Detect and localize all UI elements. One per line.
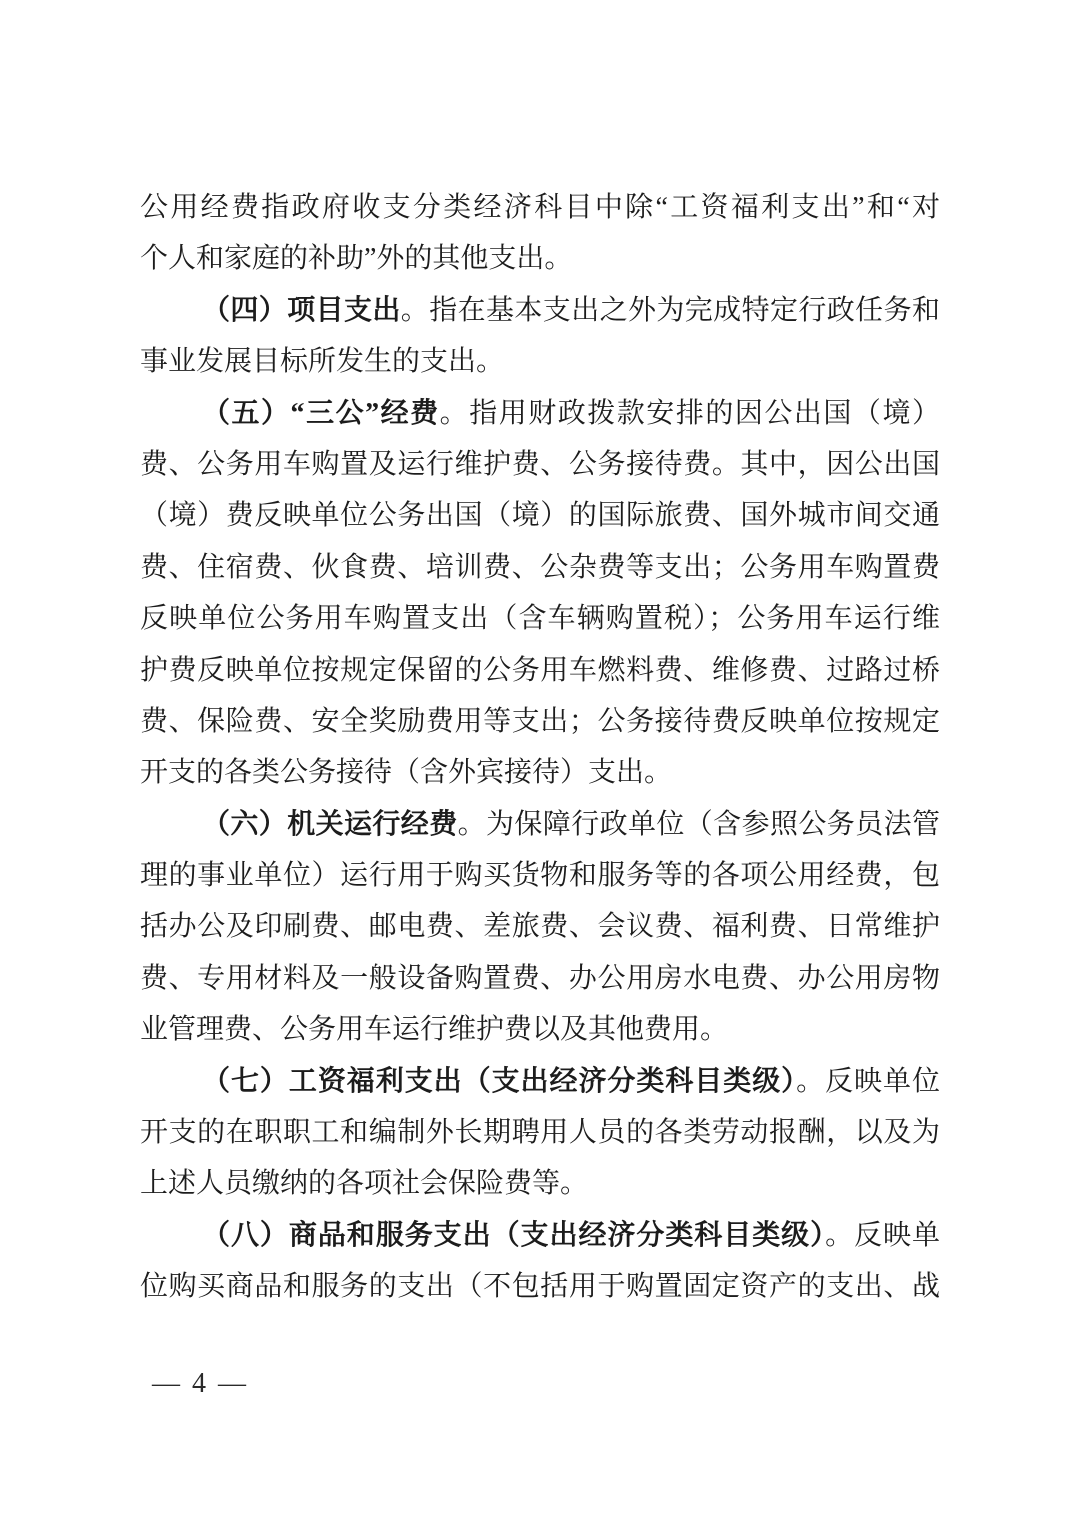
page-number: 4 xyxy=(192,1368,206,1400)
body-run: 事业发展目标所发生的支出。 xyxy=(140,346,504,377)
text-line: 位购买商品和服务的支出（不包括用于购置固定资产的支出、战 xyxy=(140,1261,940,1312)
footer-right-dash: — xyxy=(218,1368,246,1400)
text-line: 上述人员缴纳的各项社会保险费等。 xyxy=(140,1158,940,1209)
body-run: 理的事业单位）运行用于购买货物和服务等的各项公用经费，包 xyxy=(140,860,940,891)
text-line: 费、专用材料及一般设备购置费、办公用房水电费、办公用房物 xyxy=(140,953,940,1004)
body-run: 。反映单位 xyxy=(796,1066,940,1097)
text-line: （五）“三公”经费。指用财政拨款安排的因公出国（境） xyxy=(140,388,940,439)
body-run: 公用经费指政府收支分类经济科目中除“工资福利支出”和“对 xyxy=(140,192,940,223)
text-line: 理的事业单位）运行用于购买货物和服务等的各项公用经费，包 xyxy=(140,850,940,901)
heading-run: （五）“三公”经费 xyxy=(202,398,440,429)
heading-run: （七）工资福利支出（支出经济分类科目类级） xyxy=(202,1066,796,1097)
text-line: 费、公务用车购置及运行维护费、公务接待费。其中，因公出国 xyxy=(140,439,940,490)
heading-run: （四）项目支出 xyxy=(202,295,401,326)
body-run: 。为保障行政单位（含参照公务员法管 xyxy=(458,809,940,840)
body-run: 。反映单 xyxy=(825,1220,940,1251)
text-line: 反映单位公务用车购置支出（含车辆购置税）；公务用车运行维 xyxy=(140,593,940,644)
text-line: 开支的在职职工和编制外长期聘用人员的各类劳动报酬，以及为 xyxy=(140,1107,940,1158)
body-run: （境）费反映单位公务出国（境）的国际旅费、国外城市间交通 xyxy=(140,500,940,531)
body-run: 上述人员缴纳的各项社会保险费等。 xyxy=(140,1168,588,1199)
text-line: 费、保险费、安全奖励费用等支出；公务接待费反映单位按规定 xyxy=(140,696,940,747)
text-line: （七）工资福利支出（支出经济分类科目类级）。反映单位 xyxy=(140,1056,940,1107)
body-run: 费、公务用车购置及运行维护费、公务接待费。其中，因公出国 xyxy=(140,449,940,480)
heading-run: （六）机关运行经费 xyxy=(202,809,458,840)
text-line: （境）费反映单位公务出国（境）的国际旅费、国外城市间交通 xyxy=(140,490,940,541)
text-line: 括办公及印刷费、邮电费、差旅费、会议费、福利费、日常维护 xyxy=(140,901,940,952)
text-line: 公用经费指政府收支分类经济科目中除“工资福利支出”和“对 xyxy=(140,182,940,233)
page-footer: — 4 — xyxy=(152,1358,246,1409)
text-line: 开支的各类公务接待（含外宾接待）支出。 xyxy=(140,747,940,798)
heading-run: （八）商品和服务支出（支出经济分类科目类级） xyxy=(202,1220,825,1251)
text-line: （八）商品和服务支出（支出经济分类科目类级）。反映单 xyxy=(140,1210,940,1261)
body-run: 业管理费、公务用车运行维护费以及其他费用。 xyxy=(140,1014,728,1045)
body-run: 费、住宿费、伙食费、培训费、公杂费等支出；公务用车购置费 xyxy=(140,552,940,583)
body-run: 反映单位公务用车购置支出（含车辆购置税）；公务用车运行维 xyxy=(140,603,940,634)
body-run: 。指在基本支出之外为完成特定行政任务和 xyxy=(401,295,940,326)
body-run: 开支的各类公务接待（含外宾接待）支出。 xyxy=(140,757,672,788)
body-run: 。指用财政拨款安排的因公出国（境） xyxy=(440,398,940,429)
text-line: 护费反映单位按规定保留的公务用车燃料费、维修费、过路过桥 xyxy=(140,645,940,696)
text-line: （六）机关运行经费。为保障行政单位（含参照公务员法管 xyxy=(140,799,940,850)
footer-left-dash: — xyxy=(152,1368,180,1400)
body-run: 开支的在职职工和编制外长期聘用人员的各类劳动报酬，以及为 xyxy=(140,1117,940,1148)
body-run: 位购买商品和服务的支出（不包括用于购置固定资产的支出、战 xyxy=(140,1271,940,1302)
body-run: 括办公及印刷费、邮电费、差旅费、会议费、福利费、日常维护 xyxy=(140,911,940,942)
document-page: 公用经费指政府收支分类经济科目中除“工资福利支出”和“对个人和家庭的补助”外的其… xyxy=(0,0,1074,1520)
text-line: 费、住宿费、伙食费、培训费、公杂费等支出；公务用车购置费 xyxy=(140,542,940,593)
body-run: 护费反映单位按规定保留的公务用车燃料费、维修费、过路过桥 xyxy=(140,655,940,686)
text-line: 个人和家庭的补助”外的其他支出。 xyxy=(140,233,940,284)
body-run: 个人和家庭的补助”外的其他支出。 xyxy=(140,243,572,274)
text-line: 业管理费、公务用车运行维护费以及其他费用。 xyxy=(140,1004,940,1055)
document-body: 公用经费指政府收支分类经济科目中除“工资福利支出”和“对个人和家庭的补助”外的其… xyxy=(140,182,940,1313)
text-line: （四）项目支出。指在基本支出之外为完成特定行政任务和 xyxy=(140,285,940,336)
body-run: 费、保险费、安全奖励费用等支出；公务接待费反映单位按规定 xyxy=(140,706,940,737)
body-run: 费、专用材料及一般设备购置费、办公用房水电费、办公用房物 xyxy=(140,963,940,994)
text-line: 事业发展目标所发生的支出。 xyxy=(140,336,940,387)
